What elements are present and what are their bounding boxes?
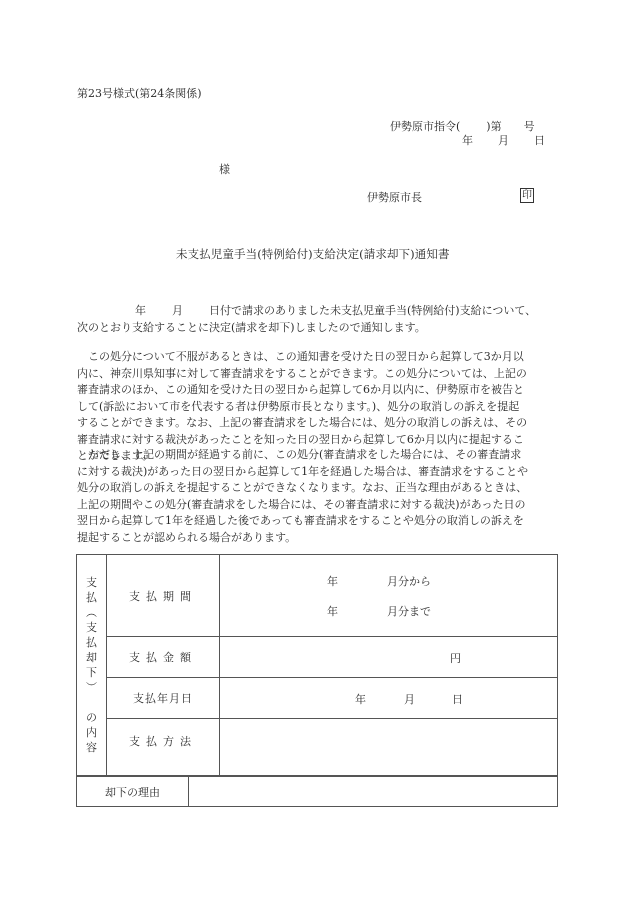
issuer-name: 伊勢原市長 (367, 189, 422, 205)
side-char: の (77, 710, 106, 725)
rejection-reason-value[interactable] (189, 777, 558, 807)
issue-year-label: 年 (462, 132, 473, 148)
deadline-line: 処分の取消しの訴えを提起することができなくなります。なお、正当な理由があるときは… (77, 480, 559, 497)
document-title: 未支払児童手当(特例給付)支給決定(請求却下)通知書 (176, 246, 450, 262)
period-from-month: 月分から (387, 573, 431, 589)
payment-amount-label: 支払金額 (107, 637, 220, 678)
payment-details-table: 支 払 ︵ 支 払 却 下 ︶ の 内 容 支払期間 年 月分から 年 月分まで… (76, 554, 558, 776)
notice-paragraph: 年月日付で請求のありました未支払児童手当(特例給付)支給について、 次のとおり支… (77, 303, 559, 336)
issue-date: 年月日 (462, 132, 545, 148)
payment-date-label: 支払年月日 (107, 678, 220, 719)
payment-period-value[interactable]: 年 月分から 年 月分まで (220, 555, 558, 637)
request-year-label: 年 (135, 304, 146, 317)
appeal-line: この処分について不服があるときは、この通知書を受けた日の翌日から起算して3か月以 (77, 349, 559, 366)
rejection-reason-label: 却下の理由 (77, 777, 189, 807)
side-char: 内 (77, 725, 106, 740)
appeal-line: することができます。なお、上記の審査請求をした場合には、処分の取消しの訴えは、そ… (77, 415, 559, 432)
request-month-label: 月 (172, 304, 183, 317)
period-to-year: 年 (327, 603, 338, 619)
period-from-year: 年 (327, 573, 338, 589)
payment-period-label: 支払期間 (107, 555, 220, 637)
side-spacer (77, 695, 106, 710)
yen-unit: 円 (450, 650, 461, 666)
side-char: 容 (77, 740, 106, 755)
notice-line-1: 年月日付で請求のありました未支払児童手当(特例給付)支給について、 (77, 303, 559, 320)
payment-month-label: 月 (404, 691, 415, 707)
deadline-line: 翌日から起算して1年を経過した後であっても審査請求をすることや処分の取消しの訴え… (77, 513, 559, 530)
appeal-line: 審査請求に対する裁決があったことを知った日の翌日から起算して6か月以内に提起する… (77, 432, 559, 449)
appeal-line: 審査請求のほか、この通知を受けた日の翌日から起算して6か月以内に、伊勢原市を被告… (77, 382, 559, 399)
ref-prefix: 伊勢原市指令( (390, 118, 460, 134)
rejection-reason-table: 却下の理由 (76, 776, 558, 807)
side-char: 却 (77, 650, 106, 665)
side-char: 払 (77, 635, 106, 650)
side-char: ︵ (77, 605, 106, 620)
deadline-line: に対する裁決)があった日の翌日から起算して1年を経過した場合は、審査請求をするこ… (77, 464, 559, 481)
side-char: 支 (77, 620, 106, 635)
deadline-line: ただし、上記の期間が経過する前に、この処分(審査請求をした場合には、その審査請求 (77, 447, 559, 464)
payment-amount-value[interactable]: 円 (220, 637, 558, 678)
notice-line-1-text: 日付で請求のありました未支払児童手当(特例給付)支給について、 (209, 304, 536, 317)
deadline-line: 提起することが認められる場合があります。 (77, 530, 559, 547)
addressee-suffix: 様 (219, 161, 230, 177)
appeal-line: 内に、神奈川県知事に対して審査請求をすることができます。この処分については、上記… (77, 366, 559, 383)
issue-month-label: 月 (498, 132, 509, 148)
notice-line-2: 次のとおり支給することに決定(請求を却下)しましたので通知します。 (77, 320, 559, 337)
payment-method-label: 支払方法 (107, 719, 220, 776)
side-char: ︶ (77, 680, 106, 695)
appeal-line: して(訴訟において市を代表する者は伊勢原市長となります。)、処分の取消しの訴えを… (77, 399, 559, 416)
issue-day-label: 日 (534, 132, 545, 148)
side-char: 払 (77, 590, 106, 605)
period-to-month: 月分まで (387, 603, 431, 619)
appeal-deadline-paragraph: ただし、上記の期間が経過する前に、この処分(審査請求をした場合には、その審査請求… (77, 447, 559, 546)
side-char: 支 (77, 575, 106, 590)
side-char: 下 (77, 665, 106, 680)
payment-content-side-label: 支 払 ︵ 支 払 却 下 ︶ の 内 容 (77, 555, 107, 776)
payment-date-value[interactable]: 年 月 日 (220, 678, 558, 719)
payment-year-label: 年 (355, 691, 366, 707)
payment-method-value[interactable] (220, 719, 558, 776)
deadline-line: 上記の期間やこの処分(審査請求をした場合には、その審査請求に対する裁決)があった… (77, 497, 559, 514)
form-number-label: 第23号様式(第24条関係) (77, 85, 202, 101)
payment-day-label: 日 (452, 691, 463, 707)
seal-stamp-icon: 印 (520, 188, 534, 203)
